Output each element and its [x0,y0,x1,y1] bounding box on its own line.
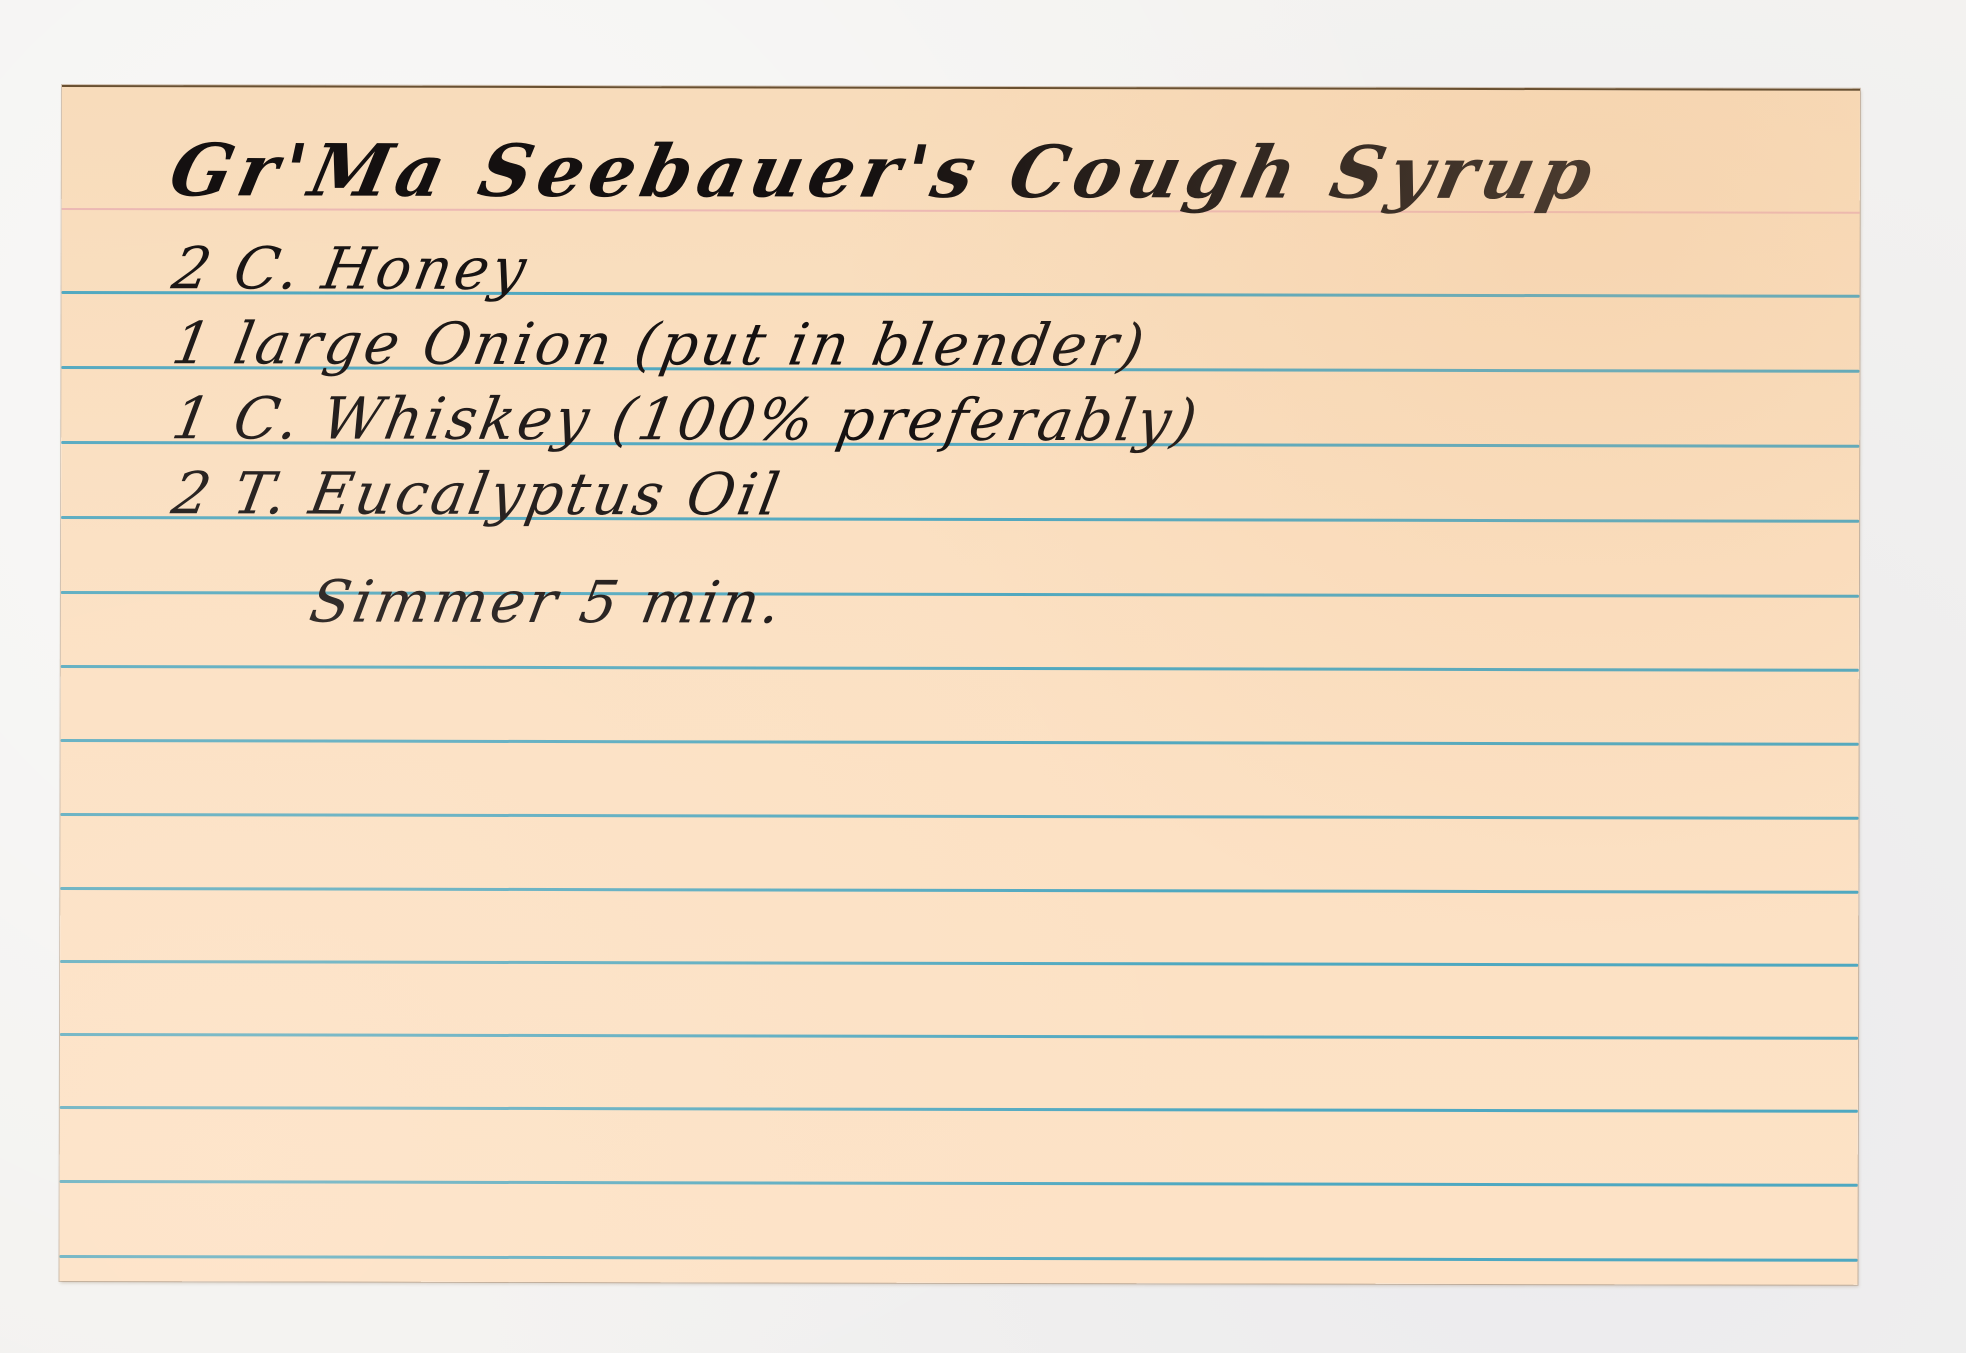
recipe-title: Gr'Ma Seebauer's Cough Syrup [163,127,1606,215]
ruled-line [60,1180,1858,1187]
ruled-line [60,1255,1858,1262]
ruled-line [60,1033,1858,1040]
recipe-card: Gr'Ma Seebauer's Cough Syrup 2 C. Honey … [59,85,1860,1285]
instruction-simmer: Simmer 5 min. [305,568,790,637]
ruled-line [60,960,1858,967]
ruled-line [60,887,1858,894]
ruled-line [60,1106,1858,1113]
ingredient-honey: 2 C. Honey [168,234,535,303]
ruled-line [61,665,1859,672]
ruled-line [60,813,1858,820]
ingredient-onion: 1 large Onion (put in blender) [167,309,1152,379]
ingredient-whiskey: 1 C. Whiskey (100% preferably) [167,384,1205,454]
ingredient-eucalyptus-oil: 2 T. Eucalyptus Oil [167,459,787,528]
ruled-line [61,739,1859,746]
